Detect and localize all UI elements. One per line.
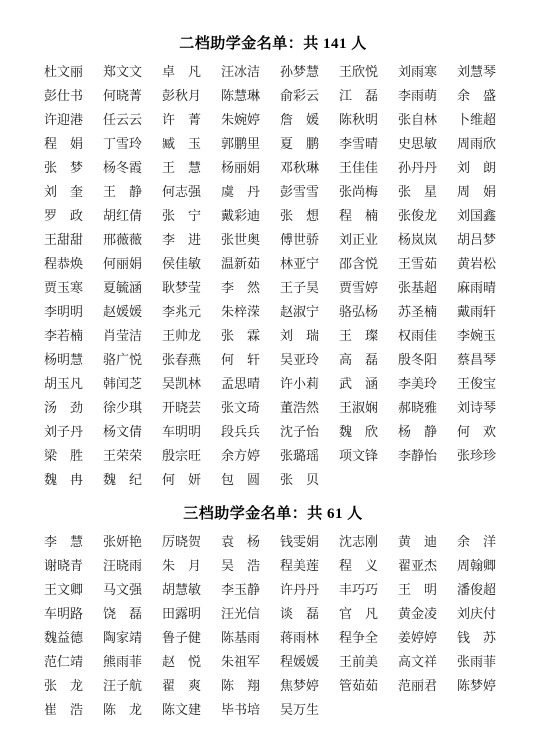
person-name: 张璐瑶 (280, 444, 320, 468)
person-name: 魏 纪 (103, 468, 143, 492)
person-name: 杨 静 (398, 420, 438, 444)
person-name: 王俊宝 (457, 372, 497, 396)
person-name: 胡慧敏 (162, 578, 202, 602)
person-name: 吴 浩 (221, 554, 261, 578)
person-name: 杨明慧 (44, 348, 84, 372)
person-name: 丰巧巧 (339, 578, 379, 602)
person-name: 吴亚玲 (280, 348, 320, 372)
person-name: 李 然 (221, 276, 261, 300)
person-name: 丁雪玲 (103, 132, 143, 156)
person-name: 程 义 (339, 554, 379, 578)
person-name: 王 静 (103, 180, 143, 204)
person-name: 邓秋琳 (280, 156, 320, 180)
person-name: 李静怡 (398, 444, 438, 468)
person-name: 王荣荣 (103, 444, 143, 468)
person-name: 刘 朗 (457, 156, 497, 180)
person-name: 陈慧琳 (221, 84, 261, 108)
person-name: 魏 欣 (339, 420, 379, 444)
person-name: 耿梦莹 (162, 276, 202, 300)
person-name: 刘 瑞 (280, 324, 320, 348)
person-name: 程 娟 (44, 132, 84, 156)
person-name: 许丹丹 (280, 578, 320, 602)
person-name: 张春燕 (162, 348, 202, 372)
person-name: 程美莲 (280, 554, 320, 578)
person-name: 陈文建 (162, 698, 202, 722)
section-title-tier2: 二档助学金名单：共 141 人 (0, 34, 546, 54)
person-name: 孙梦慧 (280, 60, 320, 84)
person-name: 赵媛媛 (103, 300, 143, 324)
person-name: 张文琦 (221, 396, 261, 420)
person-name: 黄金凌 (398, 602, 438, 626)
person-name: 张 龙 (44, 674, 84, 698)
person-name: 范仁靖 (44, 650, 84, 674)
person-name: 詹 媛 (280, 108, 320, 132)
person-name: 刘子丹 (44, 420, 84, 444)
person-name: 史思敏 (398, 132, 438, 156)
person-name: 孙丹丹 (398, 156, 438, 180)
person-name: 赵淑宁 (280, 300, 320, 324)
person-name: 邵含悦 (339, 252, 379, 276)
person-name: 王 璨 (339, 324, 379, 348)
person-name: 李婉玉 (457, 324, 497, 348)
person-name: 朱梓溁 (221, 300, 261, 324)
person-name: 王前美 (339, 650, 379, 674)
person-name: 刘 奎 (44, 180, 84, 204)
person-name: 马文强 (103, 578, 143, 602)
person-name: 俞彩云 (280, 84, 320, 108)
person-name: 周雨欣 (457, 132, 497, 156)
person-name: 沈志刚 (339, 530, 379, 554)
person-name: 张妍艳 (103, 530, 143, 554)
person-name: 李玉静 (221, 578, 261, 602)
person-name: 郭鹏里 (221, 132, 261, 156)
person-name: 姜婷婷 (398, 626, 438, 650)
person-name: 魏益德 (44, 626, 84, 650)
person-name: 刘雨寒 (398, 60, 438, 84)
person-name: 程媛媛 (280, 650, 320, 674)
person-name: 程恭焕 (44, 252, 84, 276)
person-name: 孟思晴 (221, 372, 261, 396)
person-name: 沈子怡 (280, 420, 320, 444)
person-name: 张 梦 (44, 156, 84, 180)
person-name: 杨岚岚 (398, 228, 438, 252)
person-name: 段兵兵 (221, 420, 261, 444)
person-name: 杨丽娟 (221, 156, 261, 180)
person-name: 苏圣楠 (398, 300, 438, 324)
person-name: 邢薇薇 (103, 228, 143, 252)
person-name: 钱 苏 (457, 626, 497, 650)
person-name: 谢晓青 (44, 554, 84, 578)
person-name: 林亚宁 (280, 252, 320, 276)
person-name: 刘庆付 (457, 602, 497, 626)
person-name: 温新茹 (221, 252, 261, 276)
person-name: 武 涵 (339, 372, 379, 396)
person-name: 许 菁 (162, 108, 202, 132)
person-name: 骆弘杨 (339, 300, 379, 324)
person-name: 高文祥 (398, 650, 438, 674)
person-name: 田露明 (162, 602, 202, 626)
person-name: 魏 冉 (44, 468, 84, 492)
person-name: 任云云 (103, 108, 143, 132)
person-name: 郝晓雅 (398, 396, 438, 420)
person-name: 王 明 (398, 578, 438, 602)
person-name: 袁 杨 (221, 530, 261, 554)
person-name: 杨冬霞 (103, 156, 143, 180)
person-name: 许小莉 (280, 372, 320, 396)
person-name: 汪光信 (221, 602, 261, 626)
person-name: 罗 政 (44, 204, 84, 228)
document-page: 二档助学金名单：共 141 人 杜文丽郑文文卓 凡汪冰洁孙梦慧王欣悦刘雨寒刘慧琴… (0, 0, 546, 738)
person-name: 熊雨菲 (103, 650, 143, 674)
person-name: 张 想 (280, 204, 320, 228)
person-name: 贾玉寒 (44, 276, 84, 300)
person-name: 程 楠 (339, 204, 379, 228)
section-tier3-scholarship: 三档助学金名单：共 61 人 李 慧张妍艳厉晓贺袁 杨钱雯娟沈志刚黄 迪余 洋谢… (0, 504, 546, 722)
person-name: 厉晓贺 (162, 530, 202, 554)
person-name: 江 磊 (339, 84, 379, 108)
person-name: 翟 爽 (162, 674, 202, 698)
person-name: 刘慧琴 (457, 60, 497, 84)
person-name: 胡吕梦 (457, 228, 497, 252)
person-name: 王 慧 (162, 156, 202, 180)
person-name: 陶家靖 (103, 626, 143, 650)
section-tier2-scholarship: 二档助学金名单：共 141 人 杜文丽郑文文卓 凡汪冰洁孙梦慧王欣悦刘雨寒刘慧琴… (0, 34, 546, 492)
person-name: 崔 浩 (44, 698, 84, 722)
person-name: 余 洋 (457, 530, 497, 554)
person-name: 权雨佳 (398, 324, 438, 348)
person-name: 彭仕书 (44, 84, 84, 108)
person-name: 吴万生 (280, 698, 320, 722)
person-name: 陈秋明 (339, 108, 379, 132)
person-name: 李 慧 (44, 530, 84, 554)
person-name: 蔡昌琴 (457, 348, 497, 372)
person-name: 李雪晴 (339, 132, 379, 156)
person-name: 戴彩迪 (221, 204, 261, 228)
person-name: 车明明 (162, 420, 202, 444)
person-name: 钱雯娟 (280, 530, 320, 554)
person-name: 潘俊超 (457, 578, 497, 602)
person-name: 黄 迪 (398, 530, 438, 554)
person-name: 陈梦婷 (457, 674, 497, 698)
person-name: 臧 玉 (162, 132, 202, 156)
person-name: 侯佳敏 (162, 252, 202, 276)
person-name: 李美玲 (398, 372, 438, 396)
person-name: 程争全 (339, 626, 379, 650)
person-name: 戴雨轩 (457, 300, 497, 324)
person-name: 周翰卿 (457, 554, 497, 578)
person-name: 何志强 (162, 180, 202, 204)
person-name: 吴凯林 (162, 372, 202, 396)
person-name: 王甜甜 (44, 228, 84, 252)
person-name: 殷宗旺 (162, 444, 202, 468)
person-name: 张自林 (398, 108, 438, 132)
person-name: 鲁子健 (162, 626, 202, 650)
person-name: 范丽君 (398, 674, 438, 698)
person-name: 朱祖军 (221, 650, 261, 674)
person-name: 饶 磊 (103, 602, 143, 626)
person-name: 毕书培 (221, 698, 261, 722)
name-grid-tier3: 李 慧张妍艳厉晓贺袁 杨钱雯娟沈志刚黄 迪余 洋谢晓青汪晓雨朱 月吴 浩程美莲程… (0, 530, 546, 722)
person-name: 朱 月 (162, 554, 202, 578)
person-name: 贾雪婷 (339, 276, 379, 300)
person-name: 李兆元 (162, 300, 202, 324)
person-name: 刘正业 (339, 228, 379, 252)
person-name: 陈 龙 (103, 698, 143, 722)
person-name: 张基超 (398, 276, 438, 300)
person-name: 王子昊 (280, 276, 320, 300)
person-name: 何丽娟 (103, 252, 143, 276)
person-name: 刘国鑫 (457, 204, 497, 228)
person-name: 蒋雨林 (280, 626, 320, 650)
person-name: 李 进 (162, 228, 202, 252)
person-name: 张 星 (398, 180, 438, 204)
person-name: 卓 凡 (162, 60, 202, 84)
person-name: 焦梦婷 (280, 674, 320, 698)
person-name: 胡红倩 (103, 204, 143, 228)
person-name: 张 宁 (162, 204, 202, 228)
person-name: 朱婉婷 (221, 108, 261, 132)
person-name: 何 妍 (162, 468, 202, 492)
person-name: 彭秋月 (162, 84, 202, 108)
person-name: 汪晓雨 (103, 554, 143, 578)
person-name: 肖莹洁 (103, 324, 143, 348)
person-name: 余 盛 (457, 84, 497, 108)
person-name: 张 贝 (280, 468, 320, 492)
person-name: 胡玉凡 (44, 372, 84, 396)
person-name: 张雨菲 (457, 650, 497, 674)
person-name: 麻雨晴 (457, 276, 497, 300)
person-name: 傅世骄 (280, 228, 320, 252)
person-name: 夏毓涵 (103, 276, 143, 300)
name-grid-tier2: 杜文丽郑文文卓 凡汪冰洁孙梦慧王欣悦刘雨寒刘慧琴彭仕书何晓菁彭秋月陈慧琳俞彩云江… (0, 60, 546, 492)
person-name: 何晓菁 (103, 84, 143, 108)
person-name: 李若楠 (44, 324, 84, 348)
person-name: 彭雪雪 (280, 180, 320, 204)
person-name: 徐少琪 (103, 396, 143, 420)
person-name: 杜文丽 (44, 60, 84, 84)
person-name: 汪子航 (103, 674, 143, 698)
person-name: 何 欢 (457, 420, 497, 444)
person-name: 翟亚杰 (398, 554, 438, 578)
person-name: 张尚梅 (339, 180, 379, 204)
person-name: 骆广悦 (103, 348, 143, 372)
section-title-tier3: 三档助学金名单：共 61 人 (0, 504, 546, 524)
person-name: 谈 磊 (280, 602, 320, 626)
person-name: 李明明 (44, 300, 84, 324)
person-name: 刘诗琴 (457, 396, 497, 420)
person-name: 张世奥 (221, 228, 261, 252)
person-name: 虞 丹 (221, 180, 261, 204)
person-name: 赵 悦 (162, 650, 202, 674)
person-name: 余方婷 (221, 444, 261, 468)
person-name: 梁 胜 (44, 444, 84, 468)
person-name: 开晓芸 (162, 396, 202, 420)
person-name: 殷冬阳 (398, 348, 438, 372)
person-name: 车明路 (44, 602, 84, 626)
person-name: 夏 鹏 (280, 132, 320, 156)
person-name: 张 霖 (221, 324, 261, 348)
person-name: 王佳佳 (339, 156, 379, 180)
person-name: 王雪茹 (398, 252, 438, 276)
person-name: 杨文倩 (103, 420, 143, 444)
person-name: 张珍珍 (457, 444, 497, 468)
person-name: 王淑娴 (339, 396, 379, 420)
person-name: 项文锋 (339, 444, 379, 468)
person-name: 高 磊 (339, 348, 379, 372)
person-name: 王帅龙 (162, 324, 202, 348)
person-name: 陈基雨 (221, 626, 261, 650)
person-name: 陈 翔 (221, 674, 261, 698)
person-name: 包 圆 (221, 468, 261, 492)
person-name: 郑文文 (103, 60, 143, 84)
person-name: 汪冰洁 (221, 60, 261, 84)
person-name: 黄岩松 (457, 252, 497, 276)
person-name: 王欣悦 (339, 60, 379, 84)
person-name: 卜维超 (457, 108, 497, 132)
person-name: 管茹茹 (339, 674, 379, 698)
person-name: 许迎港 (44, 108, 84, 132)
person-name: 张俊龙 (398, 204, 438, 228)
person-name: 官 凡 (339, 602, 379, 626)
person-name: 李雨萌 (398, 84, 438, 108)
person-name: 周 娟 (457, 180, 497, 204)
person-name: 王文卿 (44, 578, 84, 602)
person-name: 何 轩 (221, 348, 261, 372)
person-name: 董浩然 (280, 396, 320, 420)
person-name: 韩闰芝 (103, 372, 143, 396)
person-name: 汤 劲 (44, 396, 84, 420)
